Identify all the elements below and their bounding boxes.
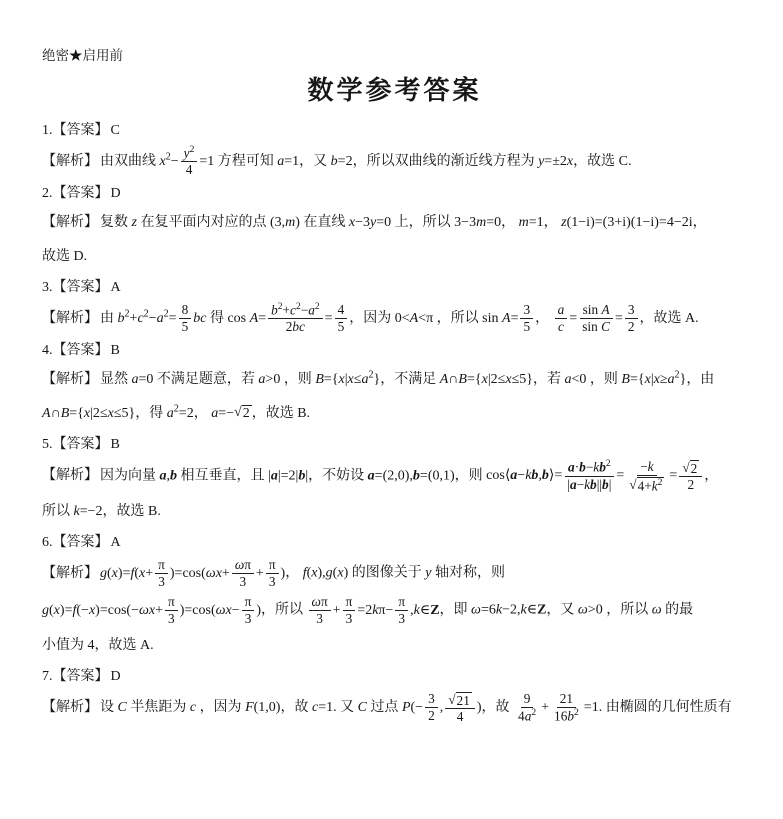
solution-line: g(x)=f(−x)=cos(−ωx+π3)=cos(ωx−π3)，所以 ωπ3… <box>42 594 747 627</box>
answer-label: 【答案】 <box>53 343 109 358</box>
question-7: 7.【答案】D 【解析】设 C 半焦距为 c ，因为 F(1,0)，故 c=1.… <box>42 665 747 725</box>
solution-line: A∩B={x|2≤x≤5}，得 a2=2， a=−√2，故选 B. <box>42 399 747 429</box>
solution-label: 【解析】 <box>42 700 98 715</box>
answer-line: 2.【答案】D <box>42 182 747 206</box>
question-2: 2.【答案】D 【解析】复数 z 在复平面内对应的点 (3,m) 在直线 x−3… <box>42 182 747 272</box>
question-4: 4.【答案】B 【解析】显然 a=0 不满足题意，若 a>0 ，则 B={x|x… <box>42 339 747 429</box>
answer-label: 【答案】 <box>53 535 109 550</box>
solution-line: 小值为 4，故选 A. <box>42 631 747 661</box>
solution-text: 所以 k=−2，故选 B. <box>42 504 161 519</box>
question-number: 6. <box>42 535 53 550</box>
solution-line: 【解析】g(x)=f(x+π3)=cos(ωx+ωπ3+π3)， f(x),g(… <box>42 557 747 590</box>
solution-label: 【解析】 <box>42 468 98 483</box>
answer-line: 1.【答案】C <box>42 119 747 143</box>
question-number: 5. <box>42 437 53 452</box>
solution-line: 【解析】显然 a=0 不满足题意，若 a>0 ，则 B={x|x≤a2}，不满足… <box>42 365 747 395</box>
question-number: 3. <box>42 280 53 295</box>
answer-value: D <box>111 669 121 684</box>
solution-text: 因为向量 a,b 相互垂直，且 |a|=2|b|，不妨设 a=(2,0),b=(… <box>100 468 718 483</box>
classification-notice: 绝密★启用前 <box>42 44 747 64</box>
solution-label: 【解析】 <box>42 372 98 387</box>
answer-value: A <box>111 280 121 295</box>
solution-line: 【解析】复数 z 在复平面内对应的点 (3,m) 在直线 x−3y=0 上，所以… <box>42 208 747 238</box>
solution-line: 【解析】因为向量 a,b 相互垂直，且 |a|=2|b|，不妨设 a=(2,0)… <box>42 459 747 493</box>
solution-label: 【解析】 <box>42 154 98 169</box>
solution-label: 【解析】 <box>42 311 98 326</box>
page-title: 数学参考答案 <box>42 70 747 107</box>
answer-value: B <box>111 437 120 452</box>
solution-line: 所以 k=−2，故选 B. <box>42 497 747 527</box>
question-number: 7. <box>42 669 53 684</box>
solution-text: 由双曲线 x2−y24=1 方程可知 a=1，又 b=2，所以双曲线的渐近线方程… <box>100 154 631 169</box>
answer-label: 【答案】 <box>53 280 109 295</box>
question-number: 1. <box>42 123 53 138</box>
question-5: 5.【答案】B 【解析】因为向量 a,b 相互垂直，且 |a|=2|b|，不妨设… <box>42 433 747 527</box>
solution-label: 【解析】 <box>42 566 98 581</box>
answer-label: 【答案】 <box>53 186 109 201</box>
question-number: 2. <box>42 186 53 201</box>
solution-text: 显然 a=0 不满足题意，若 a>0 ，则 B={x|x≤a2}，不满足 A∩B… <box>100 372 714 387</box>
document-page: 绝密★启用前 数学参考答案 1.【答案】C 【解析】由双曲线 x2−y24=1 … <box>0 0 783 745</box>
answer-label: 【答案】 <box>53 669 109 684</box>
solution-text: 设 C 半焦距为 c ，因为 F(1,0)，故 c=1. 又 C 过点 P(−3… <box>100 700 732 715</box>
answer-value: D <box>111 186 121 201</box>
answer-line: 3.【答案】A <box>42 276 747 300</box>
answer-label: 【答案】 <box>53 437 109 452</box>
solution-text: 小值为 4，故选 A. <box>42 638 154 653</box>
question-number: 4. <box>42 343 53 358</box>
solution-text: g(x)=f(−x)=cos(−ωx+π3)=cos(ωx−π3)，所以 ωπ3… <box>42 603 693 618</box>
question-6: 6.【答案】A 【解析】g(x)=f(x+π3)=cos(ωx+ωπ3+π3)，… <box>42 531 747 661</box>
solution-label: 【解析】 <box>42 215 98 230</box>
answer-line: 4.【答案】B <box>42 339 747 363</box>
solution-text: 复数 z 在复平面内对应的点 (3,m) 在直线 x−3y=0 上，所以 3−3… <box>100 215 707 230</box>
solution-text: 故选 D. <box>42 249 87 264</box>
solution-text: 由 b2+c2−a2=85bc 得 cos A=b2+c2−a22bc=45，因… <box>100 311 699 326</box>
answer-line: 7.【答案】D <box>42 665 747 689</box>
solution-line: 【解析】设 C 半焦距为 c ，因为 F(1,0)，故 c=1. 又 C 过点 … <box>42 691 747 725</box>
question-3: 3.【答案】A 【解析】由 b2+c2−a2=85bc 得 cos A=b2+c… <box>42 276 747 335</box>
solution-line: 故选 D. <box>42 242 747 272</box>
answer-value: A <box>111 535 121 550</box>
answer-value: C <box>111 123 120 138</box>
answer-line: 5.【答案】B <box>42 433 747 457</box>
answer-line: 6.【答案】A <box>42 531 747 555</box>
answer-value: B <box>111 343 120 358</box>
solution-text: A∩B={x|2≤x≤5}，得 a2=2， a=−√2，故选 B. <box>42 406 310 421</box>
question-1: 1.【答案】C 【解析】由双曲线 x2−y24=1 方程可知 a=1，又 b=2… <box>42 119 747 178</box>
solution-line: 【解析】由双曲线 x2−y24=1 方程可知 a=1，又 b=2，所以双曲线的渐… <box>42 145 747 178</box>
answer-label: 【答案】 <box>53 123 109 138</box>
solution-line: 【解析】由 b2+c2−a2=85bc 得 cos A=b2+c2−a22bc=… <box>42 302 747 335</box>
solution-text: g(x)=f(x+π3)=cos(ωx+ωπ3+π3)， f(x),g(x) 的… <box>100 566 505 581</box>
